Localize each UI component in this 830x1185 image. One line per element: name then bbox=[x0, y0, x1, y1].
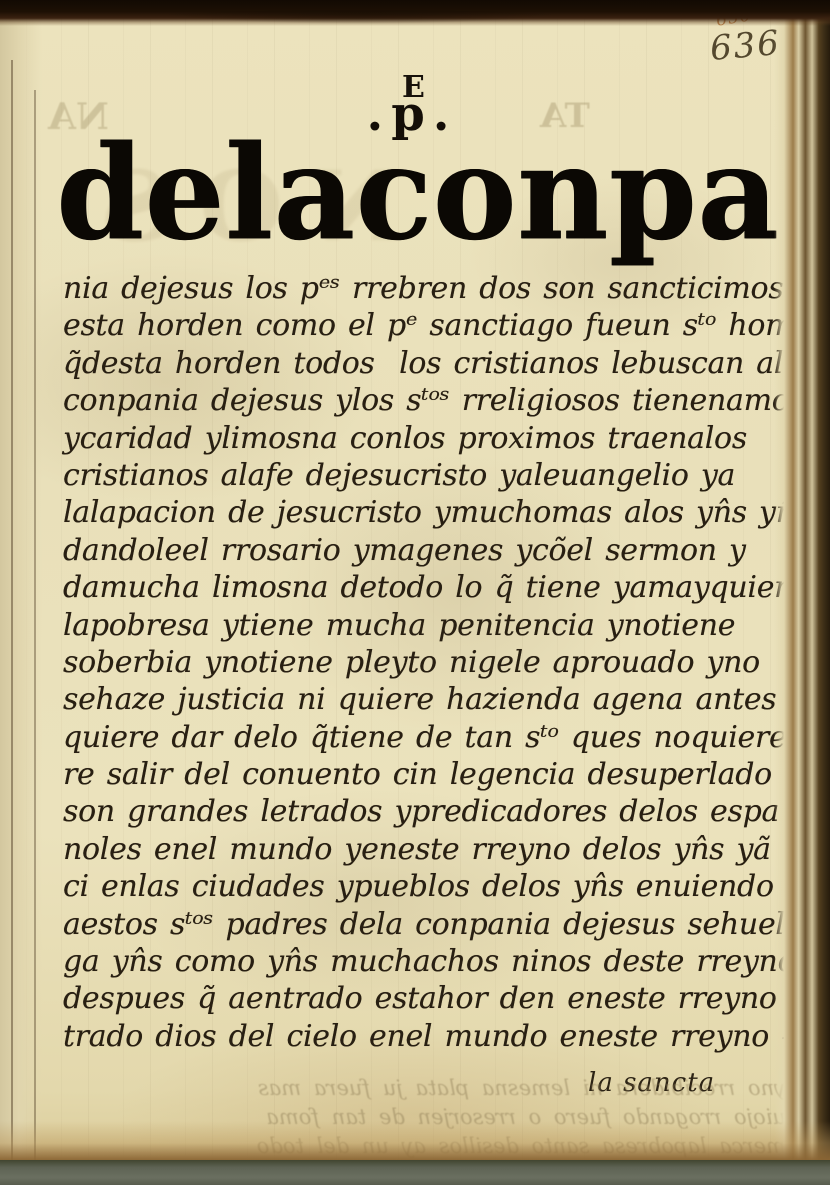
page-edge-bottom-browning bbox=[0, 1121, 830, 1161]
manuscript-line: despues q̃ aentrado estahor den eneste r… bbox=[63, 981, 811, 1018]
catchword: la sancta bbox=[588, 1068, 715, 1098]
chapter-title: delaconpa: bbox=[56, 126, 816, 263]
manuscript-line: soberbia ynotiene pleyto nigele aprouado… bbox=[63, 645, 811, 682]
manuscript-line: son grandes letrados ypredicadores delos… bbox=[63, 794, 811, 831]
folio-number: 636 bbox=[708, 23, 782, 69]
manuscript-line: aestos sᵗᵒˢ padres dela conpania dejesus… bbox=[63, 907, 811, 944]
manuscript-line: conpania dejesus ylos sᵗᵒˢ rreligiosos t… bbox=[63, 383, 811, 420]
manuscript-line: ci enlas ciudades ypueblos delos yn̂s en… bbox=[63, 869, 811, 906]
manuscript-line: ga yn̂s como yn̂s muchachos ninos deste … bbox=[63, 944, 811, 981]
binding-shadow-top bbox=[0, 0, 830, 26]
body-text: nia dejesus los pᵉˢ rrebren dos son sanc… bbox=[63, 271, 811, 1056]
manuscript-scan: NA TA NOS 650 636 E .p. delaconpa: nia d… bbox=[0, 0, 830, 1185]
manuscript-line: q̃desta horden todos los cristianos lebu… bbox=[63, 346, 811, 383]
manuscript-line: lalapacion de jesucristo ymuchomas alos … bbox=[63, 495, 811, 532]
manuscript-line: trado dios del cielo enel mundo eneste r… bbox=[63, 1019, 811, 1056]
manuscript-line: ycaridad ylimosna conlos proximos traena… bbox=[63, 421, 811, 458]
manuscript-line: lapobresa ytiene mucha penitencia ynotie… bbox=[63, 608, 811, 645]
manuscript-line: quiere dar delo q̃tiene de tan sᵗᵒ ques … bbox=[63, 720, 811, 757]
manuscript-line: noles enel mundo yeneste rreyno delos yn… bbox=[63, 832, 811, 869]
manuscript-line: damucha limosna detodo lo q̃ tiene yamay… bbox=[63, 570, 811, 607]
manuscript-line: dandoleel rrosario ymagenes ycõel sermon… bbox=[63, 533, 811, 570]
manuscript-line: re salir del conuento cin legencia desup… bbox=[63, 757, 811, 794]
manuscript-line: sehaze justicia ni quiere hazienda agena… bbox=[63, 682, 811, 719]
gutter-crease-line bbox=[11, 60, 13, 1160]
page-edge-right bbox=[774, 0, 830, 1185]
manuscript-line: nia dejesus los pᵉˢ rrebren dos son sanc… bbox=[63, 271, 811, 308]
background-table-band bbox=[0, 1160, 830, 1185]
binding-shadow-bump bbox=[150, 10, 570, 24]
manuscript-line: esta horden como el pᵉ sanctiago fueun s… bbox=[63, 308, 811, 345]
gutter-crease-line bbox=[34, 90, 36, 1160]
manuscript-line: cristianos alafe dejesucristo yaleuangel… bbox=[63, 458, 811, 495]
